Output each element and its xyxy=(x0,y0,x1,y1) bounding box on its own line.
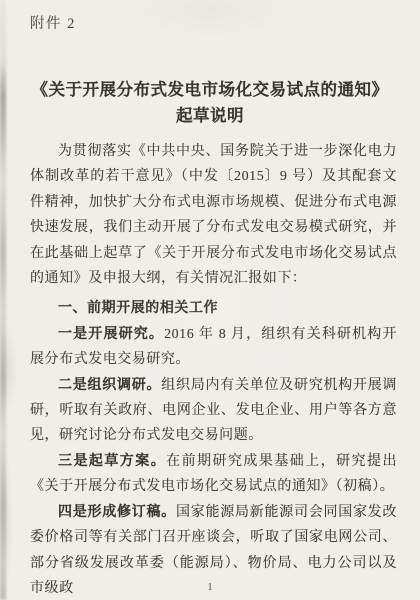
attachment-label: 附件 2 xyxy=(30,0,420,33)
paragraph-item-1-lead: 一是开展研究。 xyxy=(58,327,164,342)
page-number: 1 xyxy=(0,581,420,593)
paragraph-item-3: 三是起草方案。在前期研究成果基础上，研究提出《关于开展分布式发电市场化交易试点的… xyxy=(30,449,397,500)
document-body: 为贯彻落实《中共中央、国务院关于进一步深化电力体制改革的若干意见》（中发〔201… xyxy=(30,139,397,600)
paragraph-item-4-lead: 四是形成修订稿。 xyxy=(58,505,176,520)
paragraph-item-2: 二是组织调研。组织局内有关单位及研究机构开展调研，听取有关政府、电网企业、发电企… xyxy=(30,373,397,449)
document-title-line-2: 起草说明 xyxy=(0,103,420,129)
document-title-line-1: 《关于开展分布式发电市场化交易试点的通知》 xyxy=(0,77,420,103)
paragraph-intro: 为贯彻落实《中共中央、国务院关于进一步深化电力体制改革的若干意见》（中发〔201… xyxy=(30,139,397,291)
document-title: 《关于开展分布式发电市场化交易试点的通知》 起草说明 xyxy=(0,77,420,129)
document-page: 附件 2 《关于开展分布式发电市场化交易试点的通知》 起草说明 为贯彻落实《中共… xyxy=(0,0,420,600)
section-heading-1: 一、前期开展的相关工作 xyxy=(30,296,397,321)
paragraph-item-1: 一是开展研究。2016 年 8 月，组织有关科研机构开展分布式发电交易研究。 xyxy=(30,322,397,373)
paragraph-item-2-lead: 二是组织调研。 xyxy=(58,378,161,393)
paragraph-item-3-lead: 三是起草方案。 xyxy=(58,454,166,469)
